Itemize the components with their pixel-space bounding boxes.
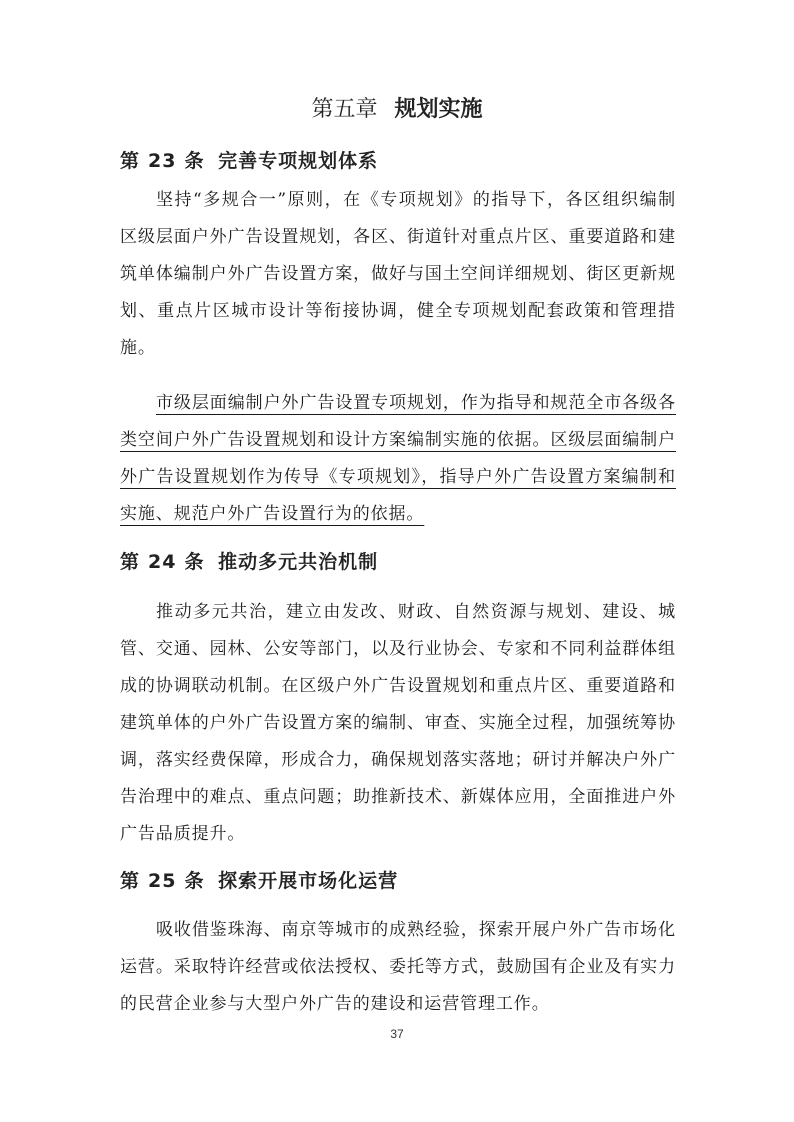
article-prefix: 第 (120, 551, 140, 573)
article-23-paragraph-2-underlined: 市级层面编制户外广告设置专项规划，作为指导和规范全市各级各类空间户外广告设置规划… (120, 385, 676, 533)
article-24-heading: 第24条 推动多元共治机制 (120, 547, 378, 574)
article-23-heading: 第23条 完善专项规划体系 (120, 146, 378, 173)
document-page: 第五章 规划实施 第23条 完善专项规划体系 坚持“多规合一”原则，在《专项规划… (0, 0, 794, 1122)
article-23-paragraph-1: 坚持“多规合一”原则，在《专项规划》的指导下，各区组织编制区级层面户外广告设置规… (120, 182, 676, 367)
article-title: 探索开展市场化运营 (218, 870, 398, 892)
chapter-title: 第五章 规划实施 (0, 92, 794, 123)
article-number: 24 (148, 551, 176, 573)
article-suffix: 条 (184, 150, 204, 172)
chapter-name: 规划实施 (395, 97, 483, 122)
page-number: 37 (0, 1027, 794, 1041)
article-suffix: 条 (184, 551, 204, 573)
article-suffix: 条 (184, 870, 204, 892)
article-number: 25 (148, 870, 176, 892)
article-prefix: 第 (120, 150, 140, 172)
article-25-heading: 第25条 探索开展市场化运营 (120, 866, 398, 893)
article-title: 推动多元共治机制 (218, 551, 378, 573)
article-prefix: 第 (120, 870, 140, 892)
article-25-paragraph-1: 吸收借鉴珠海、南京等城市的成熟经验，探索开展户外广告市场化运营。采取特许经营或依… (120, 912, 676, 1023)
article-number: 23 (148, 150, 176, 172)
article-title: 完善专项规划体系 (218, 150, 378, 172)
chapter-label: 第五章 (311, 97, 377, 122)
article-24-paragraph-1: 推动多元共治，建立由发改、财政、自然资源与规划、建设、城管、交通、园林、公安等部… (120, 594, 676, 853)
